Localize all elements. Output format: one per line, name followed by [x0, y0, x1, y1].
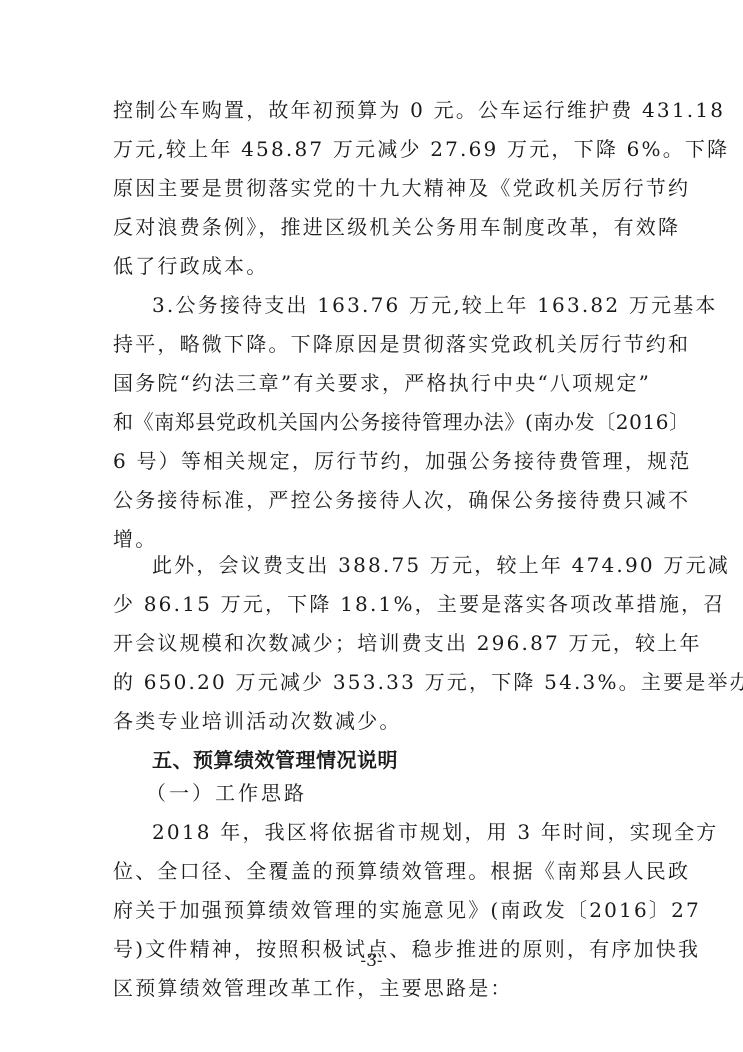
paragraph-line: 的 650.20 万元减少 353.33 万元，下降 54.3%。主要是举办	[113, 670, 633, 694]
paragraph-line: 此外，会议费支出 388.75 万元，较上年 474.90 万元减	[152, 553, 633, 577]
section-heading: 五、预算绩效管理情况说明	[152, 748, 633, 772]
paragraph-line: 少 86.15 万元，下降 18.1%，主要是落实各项改革措施，召	[113, 592, 633, 616]
paragraph-line: 控制公车购置，故年初预算为 0 元。公车运行维护费 431.18	[113, 98, 633, 122]
paragraph-line: 区预算绩效管理改革工作，主要思路是：	[113, 976, 633, 1000]
paragraph-line: 国务院“约法三章”有关要求，严格执行中央“八项规定”	[113, 371, 633, 395]
paragraph-line: 6 号）等相关规定，厉行节约，加强公务接待费管理，规范	[113, 449, 633, 473]
paragraph-line: 持平，略微下降。下降原因是贯彻落实党政机关厉行节约和	[113, 332, 633, 356]
subsection-heading: （一）工作思路	[146, 781, 627, 805]
paragraph-line: 低了行政成本。	[113, 254, 633, 278]
paragraph-line: 位、全口径、全覆盖的预算绩效管理。根据《南郑县人民政	[113, 859, 633, 883]
paragraph-line: 开会议规模和次数减少；培训费支出 296.87 万元，较上年	[113, 631, 633, 655]
paragraph-line: 和《南郑县党政机关国内公务接待管理办法》(南办发〔2016〕	[113, 410, 633, 434]
paragraph-line: 各类专业培训活动次数减少。	[113, 709, 633, 733]
paragraph-line: 府关于加强预算绩效管理的实施意见》(南政发〔2016〕27	[113, 898, 633, 922]
paragraph-line: 增。	[113, 527, 633, 551]
paragraph-line: 反对浪费条例》，推进区级机关公务用车制度改革，有效降	[113, 215, 633, 239]
paragraph-line: 万元,较上年 458.87 万元减少 27.69 万元，下降 6%。下降	[113, 137, 633, 161]
page-number: -3-	[0, 951, 743, 971]
paragraph-line: 3.公务接待支出 163.76 万元,较上年 163.82 万元基本	[152, 293, 633, 317]
paragraph-line: 公务接待标准，严控公务接待人次，确保公务接待费只减不	[113, 488, 633, 512]
document-page: 控制公车购置，故年初预算为 0 元。公车运行维护费 431.18 万元,较上年 …	[0, 0, 743, 1052]
paragraph-line: 2018 年，我区将依据省市规划，用 3 年时间，实现全方	[152, 820, 633, 844]
paragraph-line: 原因主要是贯彻落实党的十九大精神及《党政机关厉行节约	[113, 176, 633, 200]
